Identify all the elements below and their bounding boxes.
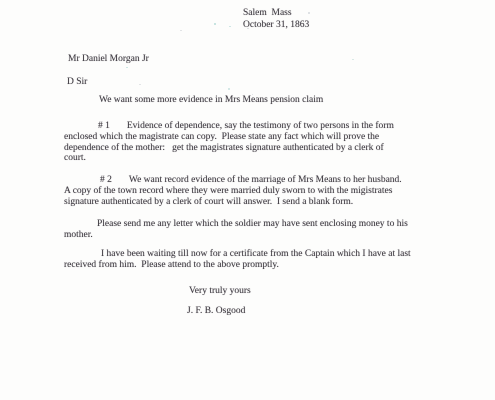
scan-speckle bbox=[214, 23, 216, 25]
scan-speckle bbox=[352, 59, 354, 60]
paragraph-line-text: We want record evidence of the marriage … bbox=[129, 175, 402, 185]
letter-date: October 31, 1863 bbox=[243, 20, 309, 32]
paragraph-line: enclosed which the magistrate can copy. … bbox=[64, 132, 394, 143]
letter-signature: J. F. B. Osgood bbox=[187, 306, 245, 317]
letter-dateline-block: Salem Mass October 31, 1863 bbox=[243, 8, 309, 32]
scan-speckle bbox=[229, 26, 231, 27]
paragraph-1-marker: # 1 bbox=[98, 121, 127, 131]
letter-paragraph-1: # 1Evidence of dependence, say the testi… bbox=[64, 121, 394, 164]
paragraph-line: court. bbox=[64, 153, 394, 164]
paragraph-2-marker: # 2 bbox=[100, 175, 129, 185]
scan-speckle bbox=[180, 30, 182, 31]
letter-paragraph-4: I have been waiting till now for a certi… bbox=[64, 249, 411, 271]
paragraph-line: mother. bbox=[64, 230, 408, 241]
scan-speckle bbox=[126, 67, 128, 68]
paragraph-line: signature authenticated by a clerk of co… bbox=[64, 197, 402, 208]
paragraph-line: Please send me any letter which the sold… bbox=[64, 219, 408, 230]
paragraph-line: # 2We want record evidence of the marria… bbox=[64, 175, 402, 186]
paragraph-line: dependence of the mother: get the magist… bbox=[64, 143, 394, 154]
scanned-letter-page: Salem Mass October 31, 1863 Mr Daniel Mo… bbox=[0, 0, 495, 400]
letter-paragraph-2: # 2We want record evidence of the marria… bbox=[64, 175, 402, 207]
letter-paragraph-3: Please send me any letter which the sold… bbox=[64, 219, 408, 241]
letter-salutation: D Sir bbox=[67, 77, 87, 88]
paragraph-line: A copy of the town record where they wer… bbox=[64, 186, 402, 197]
letter-opening-line: We want some more evidence in Mrs Means … bbox=[99, 95, 323, 106]
letter-closing: Very truly yours bbox=[189, 286, 251, 297]
paragraph-line-text: Evidence of dependence, say the testimon… bbox=[127, 121, 394, 131]
paragraph-line: I have been waiting till now for a certi… bbox=[64, 249, 411, 260]
letter-recipient: Mr Daniel Morgan Jr bbox=[68, 54, 149, 65]
paragraph-line: # 1Evidence of dependence, say the testi… bbox=[64, 121, 394, 132]
letter-place: Salem Mass bbox=[243, 8, 309, 20]
scan-speckle bbox=[228, 88, 230, 90]
scan-speckle bbox=[139, 84, 141, 85]
paragraph-line: received from him. Please attend to the … bbox=[64, 260, 411, 271]
